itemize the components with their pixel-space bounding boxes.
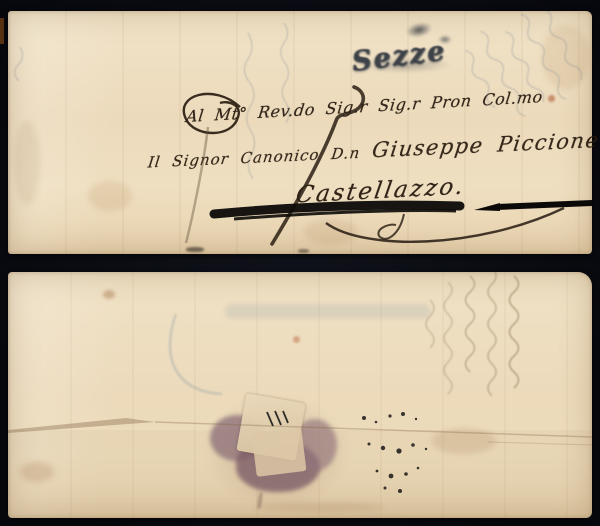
descender-curl <box>378 214 404 239</box>
ink-specks <box>362 412 427 493</box>
letter-back <box>8 272 592 518</box>
seal-ink-scribble <box>267 411 288 426</box>
address-initial-flourish <box>184 94 240 133</box>
front-ink-marks <box>8 11 592 254</box>
underline-flourish <box>326 208 564 242</box>
letter-front: Sezze Al Mt° Rev.do Sig.r Sig.r Pron Col… <box>8 11 592 254</box>
pencil-stroke <box>186 127 208 243</box>
background-edge-artifact <box>0 18 4 44</box>
manuscript-docketing <box>426 272 519 396</box>
back-marks <box>8 272 592 518</box>
fold-crease <box>8 418 592 445</box>
manuscript-rate-mark <box>272 87 363 244</box>
show-through-writing <box>15 11 589 179</box>
auction-photo: Sezze Al Mt° Rev.do Sig.r Sig.r Pron Col… <box>0 0 600 526</box>
show-through-curve <box>170 314 222 394</box>
